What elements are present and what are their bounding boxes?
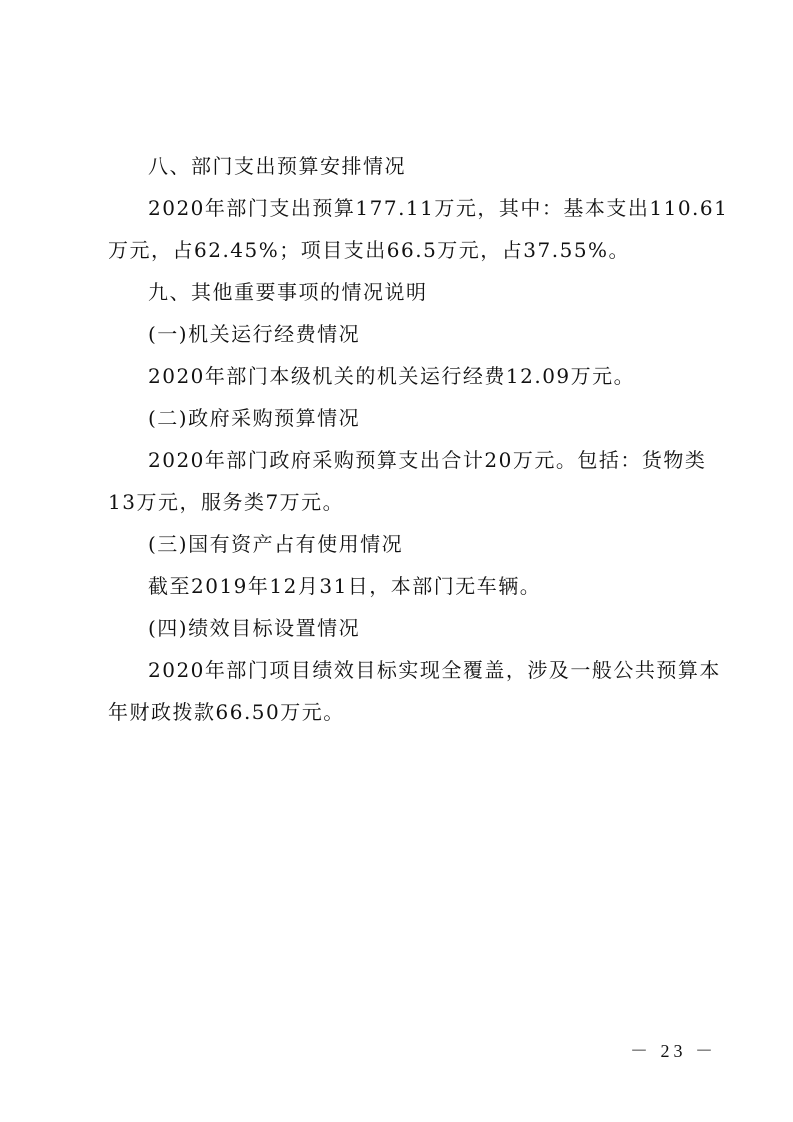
procurement-paragraph-line-1: 2020年部门政府采购预算支出合计20万元。包括：货物类 — [148, 448, 698, 472]
subsection-heading-3: (三)国有资产占有使用情况 — [148, 532, 738, 556]
section-heading-9: 九、其他重要事项的情况说明 — [148, 280, 738, 304]
assets-paragraph: 截至2019年12月31日，本部门无车辆。 — [148, 574, 738, 598]
procurement-paragraph-line-2: 13万元，服务类7万元。 — [108, 490, 698, 514]
document-page: 八、部门支出预算安排情况 2020年部门支出预算177.11万元，其中：基本支出… — [0, 0, 793, 1122]
section-heading-8: 八、部门支出预算安排情况 — [148, 154, 738, 178]
budget-paragraph-line-1: 2020年部门支出预算177.11万元，其中：基本支出110.61 — [148, 196, 698, 220]
performance-paragraph-line-2: 年财政拨款66.50万元。 — [108, 700, 698, 724]
subsection-heading-4: (四)绩效目标设置情况 — [148, 616, 738, 640]
subsection-heading-2: (二)政府采购预算情况 — [148, 406, 738, 430]
operating-cost-paragraph: 2020年部门本级机关的机关运行经费12.09万元。 — [148, 364, 738, 388]
subsection-heading-1: (一)机关运行经费情况 — [148, 322, 738, 346]
budget-paragraph-line-2: 万元，占62.45%；项目支出66.5万元，占37.55%。 — [108, 238, 698, 262]
page-number: － 23 － — [630, 1040, 717, 1062]
performance-paragraph-line-1: 2020年部门项目绩效目标实现全覆盖，涉及一般公共预算本 — [148, 658, 698, 682]
